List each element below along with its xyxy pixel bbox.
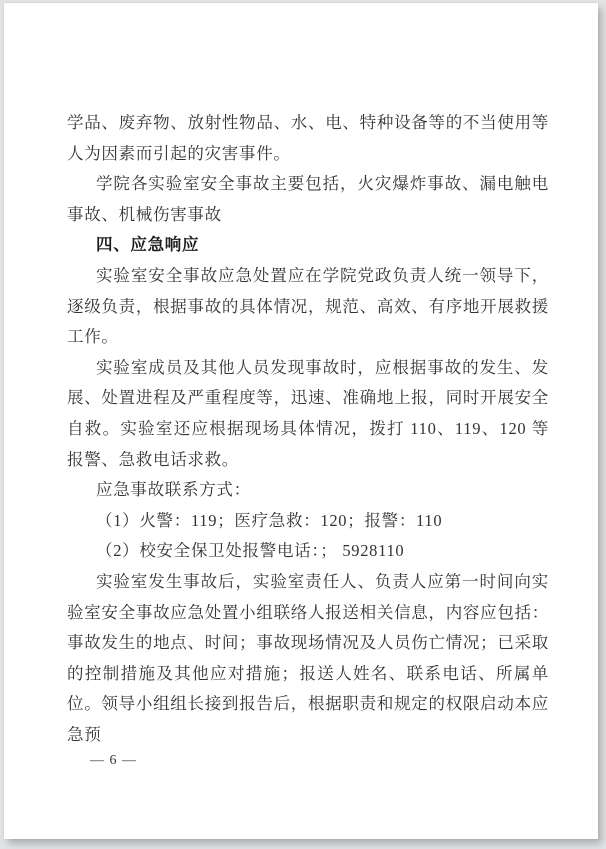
document-page: 学品、废弃物、放射性物品、水、电、特种设备等的不当使用等人为因素而引起的灾害事件… <box>4 3 598 839</box>
page-number: — 6 — <box>90 751 137 771</box>
section-heading-emergency-response: 四、应急响应 <box>67 230 549 261</box>
paragraph-report-and-selfrescue: 实验室成员及其他人员发现事故时，应根据事故的发生、发展、处置进程及严重程度等，迅… <box>67 353 549 475</box>
document-viewer: 学品、废弃物、放射性物品、水、电、特种设备等的不当使用等人为因素而引起的灾害事件… <box>0 0 606 849</box>
contact-item-fire-medical-police: （1）火警：119；医疗急救：120；报警：110 <box>67 506 549 537</box>
paragraph-reporting-procedure: 实验室发生事故后，实验室责任人、负责人应第一时间向实验室安全事故应急处置小组联络… <box>67 567 549 751</box>
paragraph-emergency-contact-label: 应急事故联系方式： <box>67 475 549 506</box>
paragraph-continued-from-previous-page: 学品、废弃物、放射性物品、水、电、特种设备等的不当使用等人为因素而引起的灾害事件… <box>67 108 549 169</box>
page-content: 学品、废弃物、放射性物品、水、电、特种设备等的不当使用等人为因素而引起的灾害事件… <box>67 108 549 750</box>
paragraph-accident-types: 学院各实验室安全事故主要包括，火灾爆炸事故、漏电触电事故、机械伤害事故 <box>67 169 549 230</box>
contact-item-campus-security: （2）校安全保卫处报警电话：； 5928110 <box>67 536 549 567</box>
paragraph-response-principle: 实验室安全事故应急处置应在学院党政负责人统一领导下，逐级负责，根据事故的具体情况… <box>67 261 549 353</box>
